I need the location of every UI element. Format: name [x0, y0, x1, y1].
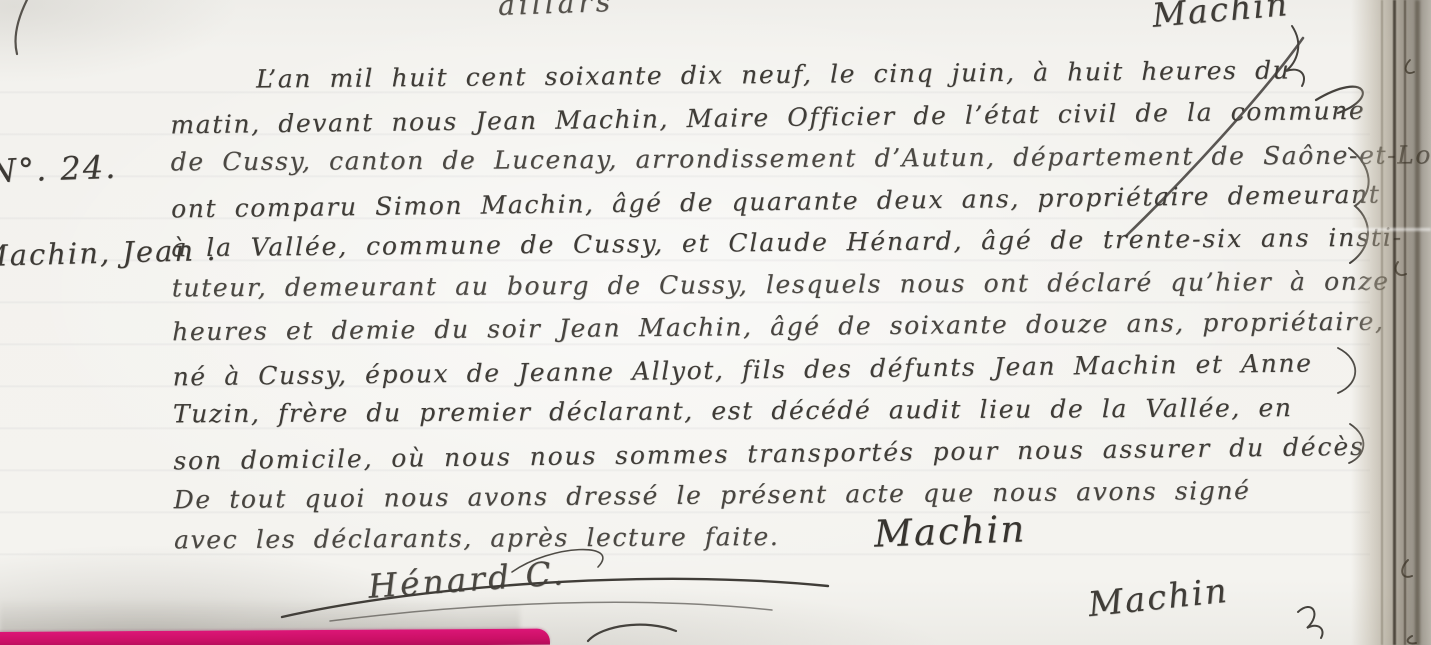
signature-inline-officer: Machin — [873, 507, 1027, 555]
register-scan-page: N°. 24. Machin, Jean . aillars Machin L’… — [0, 0, 1431, 645]
act-text-block: L’an mil huit cent soixante dix neuf, le… — [170, 49, 1389, 564]
gutter-streak — [1415, 0, 1420, 645]
gutter-scratch-line — [1352, 228, 1431, 231]
gutter-streak — [1381, 0, 1383, 645]
gutter-streak — [1393, 0, 1396, 645]
margin-act-number: N°. 24. — [0, 148, 118, 190]
act-line: avec les déclarants, après lecture faite… — [174, 513, 1389, 562]
magenta-overlay-bar — [0, 629, 550, 645]
gutter-streak — [1404, 0, 1406, 645]
